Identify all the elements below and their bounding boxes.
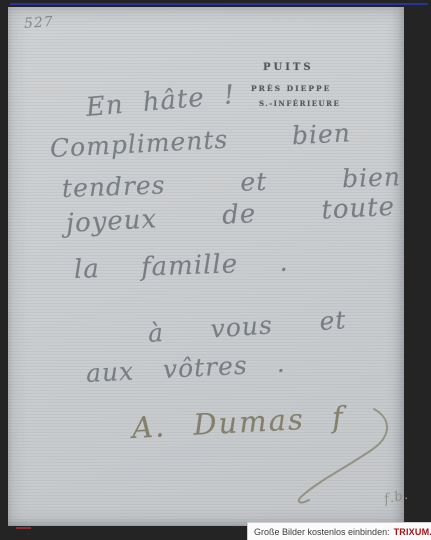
banner-label: Große Bilder kostenlos einbinden:	[254, 527, 390, 537]
letter-photo: 527 PUITS PRÈS DIEPPE S.-INFÉRIEURE En h…	[0, 0, 431, 540]
letter-paper: 527 PUITS PRÈS DIEPPE S.-INFÉRIEURE En h…	[8, 7, 404, 526]
handwriting-line: à vous et	[147, 305, 347, 348]
handwriting-line: En hâte !	[85, 80, 237, 123]
trixum-banner: Große Bilder kostenlos einbinden: TRIXUM…	[247, 522, 431, 540]
handwriting-line: Compliments bien	[49, 118, 351, 163]
letterhead-place: PUITS	[263, 62, 314, 73]
letterhead-locality: PRÈS DIEPPE	[251, 84, 331, 93]
signature: A. Dumas f	[131, 400, 345, 445]
handwriting-line: la famille .	[73, 248, 289, 285]
banner-brand: TRIXUM.DE	[394, 527, 431, 537]
handwriting-line: aux vôtres .	[85, 349, 286, 388]
catalog-number-pencil: 527	[23, 14, 54, 32]
scan-edge-line	[10, 3, 428, 5]
pencil-initials: f.b.	[383, 488, 411, 508]
letterhead-department: S.-INFÉRIEURE	[259, 99, 340, 108]
red-mark	[16, 527, 31, 529]
